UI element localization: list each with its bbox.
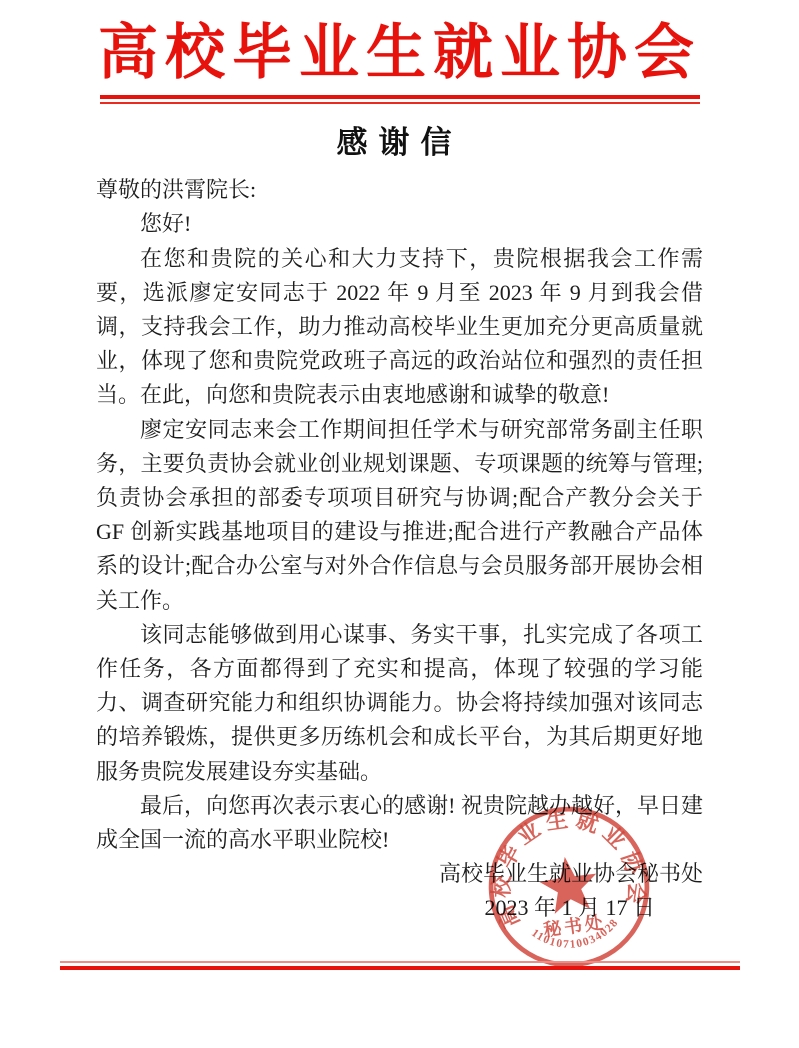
footer-thick-line xyxy=(60,966,740,970)
letterhead-divider xyxy=(100,95,700,104)
footer-divider xyxy=(60,961,740,970)
paragraph-2: 廖定安同志来会工作期间担任学术与研究部常务副主任职务，主要负责协会就业创业规划课… xyxy=(96,413,703,618)
organization-title: 高校毕业生就业协会 xyxy=(0,0,799,87)
paragraph-4: 最后，向您再次表示衷心的感谢! 祝贵院越办越好，早日建成全国一流的高水平职业院校… xyxy=(96,789,703,857)
divider-thin-line xyxy=(100,102,700,104)
letter-title: 感谢信 xyxy=(0,117,799,162)
greeting: 您好! xyxy=(96,207,703,241)
salutation: 尊敬的洪霄院长: xyxy=(96,173,703,207)
paragraph-1: 在您和贵院的关心和大力支持下，贵院根据我会工作需要，选派廖定安同志于 2022 … xyxy=(96,242,703,413)
paragraph-3: 该同志能够做到用心谋事、务实干事，扎实完成了各项工作任务，各方面都得到了充实和提… xyxy=(96,618,703,789)
letter-date: 2023 年 1 月 17 日 xyxy=(96,891,703,925)
letter-page: 高校毕业生就业协会 感谢信 尊敬的洪霄院长: 您好! 在您和贵院的关心和大力支持… xyxy=(0,0,799,1048)
signature: 高校毕业生就业协会秘书处 xyxy=(96,857,703,891)
letter-body: 尊敬的洪霄院长: 您好! 在您和贵院的关心和大力支持下，贵院根据我会工作需要，选… xyxy=(96,173,703,925)
